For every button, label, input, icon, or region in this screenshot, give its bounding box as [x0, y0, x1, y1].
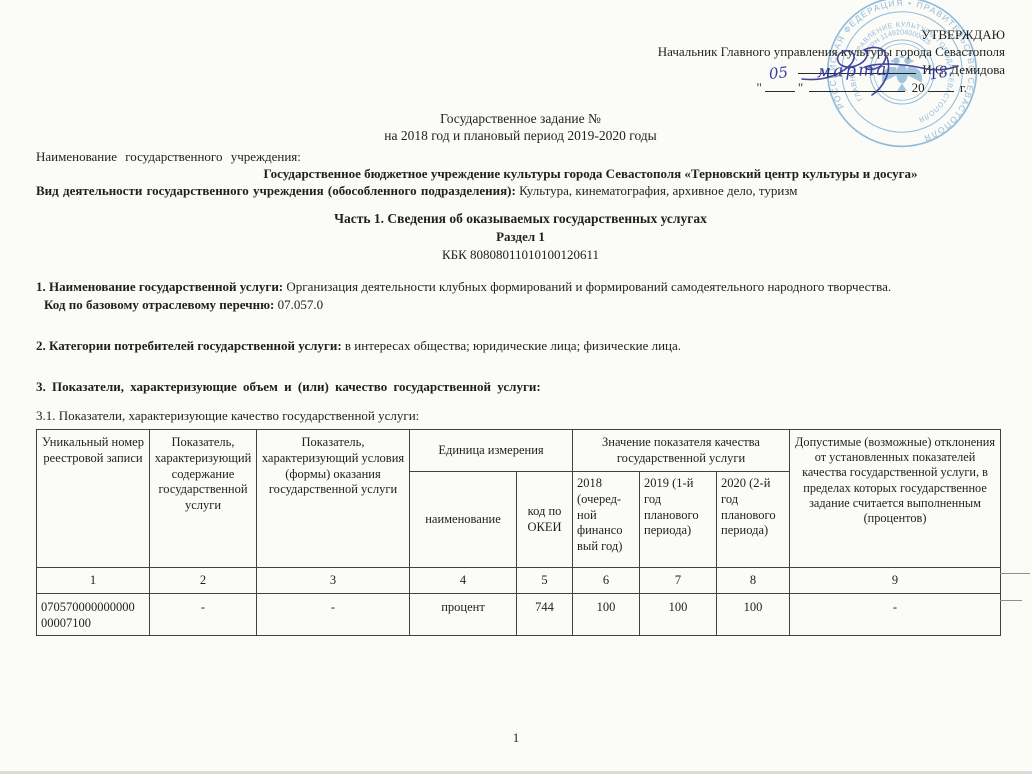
paragraph-3: 3. Показатели, характеризующие объем и (… — [36, 379, 1005, 395]
col-num-9: 9 — [790, 568, 1001, 594]
scan-artifact-line — [1000, 600, 1022, 601]
header-registry-number: Уникальный номер реестровой записи — [37, 430, 150, 568]
approve-label: УТВЕРЖДАЮ — [36, 26, 1005, 43]
section-heading: Раздел 1 — [36, 229, 1005, 245]
activity-label: Вид деятельности государственного учрежд… — [36, 183, 516, 198]
header-unit-code: код по ОКЕИ — [517, 472, 573, 568]
handwritten-year: 18 — [927, 63, 949, 83]
document-title: Государственное задание № на 2018 год и … — [36, 110, 1005, 144]
col-num-8: 8 — [717, 568, 790, 594]
cell-conditions: - — [257, 594, 410, 636]
approval-block: УТВЕРЖДАЮ Начальник Главного управления … — [36, 26, 1005, 96]
paragraph-3-1: 3.1. Показатели, характеризующие качеств… — [36, 408, 1005, 424]
col-num-5: 5 — [517, 568, 573, 594]
title-line-1: Государственное задание № — [36, 110, 1005, 127]
cell-value-2020: 100 — [717, 594, 790, 636]
header-conditions-indicator: Показатель, характеризующий условия (фор… — [257, 430, 410, 568]
table-data-row: 07057000000000000007100 - - процент 744 … — [37, 594, 1001, 636]
document-page: УТВЕРЖДАЮ Начальник Главного управления … — [0, 0, 1032, 774]
cell-tolerance: - — [790, 594, 1001, 636]
handwritten-day: 05 — [768, 64, 789, 83]
header-unit-group: Единица измерения — [410, 430, 573, 472]
cell-unit-name: процент — [410, 594, 517, 636]
paragraph-1-code: Код по базовому отраслевому перечню: 07.… — [36, 297, 1005, 313]
column-number-row: 1 2 3 4 5 6 7 8 9 — [37, 568, 1001, 594]
institution-label: Наименование государственного учреждения… — [36, 149, 1005, 165]
p1code-value: 07.057.0 — [278, 297, 324, 312]
handwritten-month: марта — [817, 62, 889, 81]
p2-label: 2. Категории потребителей государственно… — [36, 338, 342, 353]
header-year-2018: 2018 (очеред-ной финансо вый год) — [573, 472, 640, 568]
col-num-1: 1 — [37, 568, 150, 594]
scan-artifact-line — [1000, 573, 1030, 574]
date-year-blank: 18 — [928, 78, 954, 92]
header-content-indicator: Показатель, характеризующий содержание г… — [150, 430, 257, 568]
p1code-label: Код по базовому отраслевому перечню: — [44, 297, 274, 312]
activity-line: Вид деятельности государственного учрежд… — [36, 183, 1005, 199]
quote-open: " — [757, 80, 762, 95]
header-year-2020: 2020 (2-й год планового периода) — [717, 472, 790, 568]
header-unit-name: наименование — [410, 472, 517, 568]
part1-heading: Часть 1. Сведения об оказываемых государ… — [36, 211, 1005, 227]
paragraph-1: 1. Наименование государственной услуги: … — [36, 279, 1005, 295]
cell-content: - — [150, 594, 257, 636]
p1-value: Организация деятельности клубных формиро… — [286, 279, 891, 294]
col-num-6: 6 — [573, 568, 640, 594]
col-num-3: 3 — [257, 568, 410, 594]
date-suffix: г. — [960, 80, 967, 95]
header-tolerance: Допустимые (возможные) отклонения от уст… — [790, 430, 1001, 568]
activity-value: Культура, кинематография, архивное дело,… — [519, 183, 797, 198]
date-day-blank: 05 — [765, 78, 795, 92]
paragraph-2: 2. Категории потребителей государственно… — [36, 338, 1005, 354]
kbk-code: КБК 80808011010100120611 — [36, 247, 1005, 263]
col-num-4: 4 — [410, 568, 517, 594]
p1-label: 1. Наименование государственной услуги: — [36, 279, 283, 294]
p2-value: в интересах общества; юридические лица; … — [345, 338, 681, 353]
cell-value-2018: 100 — [573, 594, 640, 636]
col-num-2: 2 — [150, 568, 257, 594]
cell-registry-number: 07057000000000000007100 — [37, 594, 150, 636]
scanned-document-page: { "approval": { "approve": "УТВЕРЖДАЮ", … — [0, 0, 1032, 774]
header-value-group: Значение показателя качества государстве… — [573, 430, 790, 472]
quality-indicators-table: Уникальный номер реестровой записи Показ… — [36, 429, 1001, 636]
date-month-blank: марта — [809, 78, 905, 92]
institution-name: Государственное бюджетное учреждение кул… — [176, 166, 1005, 182]
approval-date-line: "05" марта 2018 г. — [36, 78, 1005, 96]
header-year-2019: 2019 (1-й год планового периода) — [640, 472, 717, 568]
col-num-7: 7 — [640, 568, 717, 594]
approver-title: Начальник Главного управления культуры г… — [36, 43, 1005, 60]
cell-unit-code: 744 — [517, 594, 573, 636]
quote-close: " — [798, 80, 803, 95]
date-century: 20 — [912, 80, 925, 95]
page-number: 1 — [0, 730, 1032, 746]
cell-value-2019: 100 — [640, 594, 717, 636]
title-line-2: на 2018 год и плановый период 2019-2020 … — [36, 127, 1005, 144]
